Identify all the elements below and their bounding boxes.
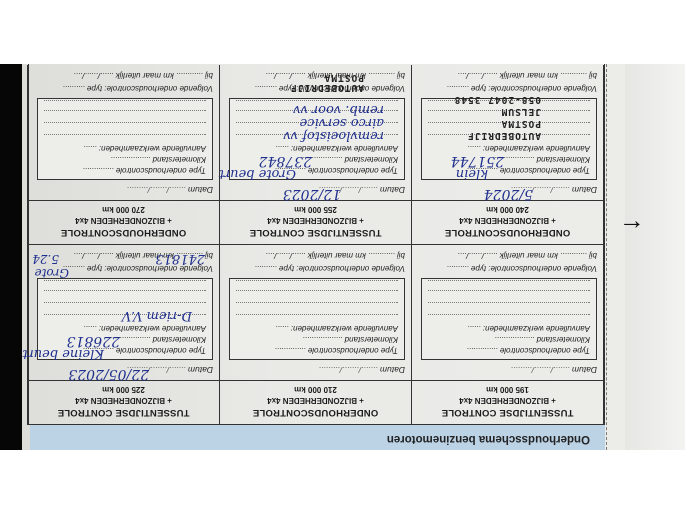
cell-header: ONDERHOUDSCONTROLE+ BIJZONDERHEDEN 4x427… (27, 200, 220, 245)
service-box: Type onderhoudscontrole ..............Ki… (229, 278, 405, 360)
cell-header-title: TUSSENTIJDSE CONTROLE (220, 227, 411, 238)
dotted-line (428, 314, 590, 315)
dotted-line (44, 122, 206, 123)
next-service-km-label: bij ............ km maar uiterlijk .....… (265, 71, 405, 80)
kilometerstand-label: Kilometerstand .................. (494, 155, 590, 164)
cell-header-title: TUSSENTIJDSE CONTROLE (28, 407, 219, 418)
aanvullende-value: remvloeistof vv (283, 128, 384, 143)
dotted-line (44, 290, 206, 291)
kilometerstand-label: Kilometerstand .................. (494, 335, 590, 344)
kilometerstand-value: 237842 (259, 153, 312, 169)
datum-label: Datum ......./......./......... (127, 185, 213, 195)
dotted-line (236, 290, 398, 291)
service-box: Type onderhoudscontrole ..............Ki… (37, 278, 213, 360)
datum-value: 22/05/2023 (68, 366, 149, 382)
dark-background-edge (0, 64, 22, 450)
datum-text: Datum (570, 185, 597, 195)
dealer-stamp-line: AUTOBEDRIJF (467, 130, 541, 141)
aanvullende-value: remb. voor vv (293, 102, 384, 117)
aanvullende-label: Aanvullende werkzaamheden: ...... (275, 324, 398, 333)
service-box: Type onderhoudscontrole ..............Ki… (421, 278, 597, 360)
rotated-photo: Onderhoudsschema benzinemotoren TUSSENTI… (0, 0, 685, 514)
dotted-line (44, 100, 206, 101)
kilometerstand-label: Kilometerstand .................. (110, 335, 206, 344)
aanvullende-value: D-riem V.V (122, 308, 192, 323)
dealer-stamp-line: POSTMA (501, 118, 541, 129)
kilometerstand-value: 226813 (67, 333, 120, 349)
next-service-label: Volgende onderhoudscontrole: type ......… (255, 264, 405, 273)
dotted-line (44, 110, 206, 111)
type-label: Type onderhoudscontrole .............. (275, 346, 398, 355)
dotted-line (44, 280, 206, 281)
cell-header: TUSSENTIJDSE CONTROLE+ BIJZONDERHEDEN 4x… (219, 200, 412, 245)
cell-header-subtitle: + BIJZONDERHEDEN 4x4 (412, 216, 603, 225)
cell-form: Datum ......./......./.........Type onde… (27, 65, 220, 200)
next-service-km-value: 241813 (155, 251, 205, 266)
dotted-line (428, 290, 590, 291)
aanvullende-label: Aanvullende werkzaamheden: ...... (275, 144, 398, 153)
cell-header-km: 240 000 km (412, 205, 603, 214)
datum-value: 5/2024 (484, 186, 533, 202)
aanvullende-label: Aanvullende werkzaamheden: ...... (83, 144, 206, 153)
arrow-left-icon: ← (619, 213, 645, 244)
cell-header: TUSSENTIJDSE CONTROLE+ BIJZONDERHEDEN 4x… (27, 380, 220, 425)
cell-header: ONDERHOUDSCONTROLE+ BIJZONDERHEDEN 4x424… (411, 200, 604, 245)
next-service-label: Volgende onderhoudscontrole: type ......… (63, 84, 213, 93)
dotted-line (236, 100, 398, 101)
datum-text: Datum (570, 365, 597, 375)
next-service-km-label: bij ............ km maar uiterlijk .....… (457, 71, 597, 80)
dealer-stamp-line: 058-2047 3548 (454, 94, 541, 105)
cell-header-subtitle: + BIJZONDERHEDEN 4x4 (28, 216, 219, 225)
cell-header-title: ONDERHOUDSCONTROLE (220, 407, 411, 418)
cell-form: Datum ......./......./.........Type onde… (219, 245, 412, 380)
schedule-title-bar: Onderhoudsschema benzinemotoren (30, 425, 605, 450)
datum-text: Datum (186, 365, 213, 375)
kilometerstand-label: Kilometerstand .................. (302, 155, 398, 164)
cell-header-km: 195 000 km (412, 385, 603, 394)
cell-header-subtitle: + BIJZONDERHEDEN 4x4 (220, 216, 411, 225)
dotted-line (44, 302, 206, 303)
cell-header-title: ONDERHOUDSCONTROLE (412, 227, 603, 238)
dealer-stamp-line: JELSUM (501, 106, 541, 117)
datum-text: Datum (378, 365, 405, 375)
next-service-label: Volgende onderhoudscontrole: type ......… (255, 84, 405, 93)
datum-text: Datum (378, 185, 405, 195)
cell-header-km: 270 000 km (28, 205, 219, 214)
datum-label: Datum ......./......./......... (319, 365, 405, 375)
cell-header-subtitle: + BIJZONDERHEDEN 4x4 (412, 396, 603, 405)
datum-blank: ......./......./......... (511, 365, 570, 375)
next-service-label: Volgende onderhoudscontrole: type ......… (447, 264, 597, 273)
next-service-km-label: bij ............ km maar uiterlijk .....… (73, 71, 213, 80)
next-service-km-label: bij ............ km maar uiterlijk .....… (457, 251, 597, 260)
kilometerstand-value: 251744 (451, 153, 504, 169)
dotted-line (236, 302, 398, 303)
type-label: Type onderhoudscontrole .............. (467, 346, 590, 355)
dotted-line (428, 302, 590, 303)
paper-fold (625, 64, 685, 450)
schedule-title: Onderhoudsschema benzinemotoren (387, 433, 590, 445)
type-label: Type onderhoudscontrole .............. (83, 166, 206, 175)
maintenance-grid: TUSSENTIJDSE CONTROLE+ BIJZONDERHEDEN 4x… (28, 64, 605, 425)
dotted-line (236, 280, 398, 281)
cell-header-title: ONDERHOUDSCONTROLE (28, 227, 219, 238)
aanvullende-label: Aanvullende werkzaamheden: ...... (83, 324, 206, 333)
aanvullende-value: airco service (300, 115, 384, 130)
next-service-km-label: bij ............ km maar uiterlijk .....… (265, 251, 405, 260)
service-box: Type onderhoudscontrole ..............Ki… (421, 98, 597, 180)
cell-form: Datum ......./......./.........12/2023Ty… (219, 65, 412, 200)
dotted-line (236, 314, 398, 315)
cell-header-subtitle: + BIJZONDERHEDEN 4x4 (220, 396, 411, 405)
next-service-date-value: 5.24 (32, 252, 59, 266)
kilometerstand-label: Kilometerstand .................. (302, 335, 398, 344)
perforation-line (606, 64, 607, 450)
datum-blank: ......./......./......... (127, 185, 186, 195)
datum-blank: ......./......./......... (319, 365, 378, 375)
kilometerstand-label: Kilometerstand .................. (110, 155, 206, 164)
cell-header-km: 225 000 km (28, 385, 219, 394)
dotted-line (428, 280, 590, 281)
service-box: Type onderhoudscontrole ..............Ki… (229, 98, 405, 180)
cell-form: Datum ......./......./.........22/05/202… (27, 245, 220, 380)
next-service-type-value: Grote (35, 266, 69, 280)
cell-form: Datum ......./......./.........Type onde… (411, 245, 604, 380)
datum-value: 12/2023 (283, 186, 341, 202)
cell-form: Datum ......./......./.........5/2024Typ… (411, 65, 604, 200)
next-service-label: Volgende onderhoudscontrole: type ......… (447, 84, 597, 93)
cell-header: ONDERHOUDSCONTROLE+ BIJZONDERHEDEN 4x421… (219, 380, 412, 425)
cell-header-title: TUSSENTIJDSE CONTROLE (412, 407, 603, 418)
cell-header-subtitle: + BIJZONDERHEDEN 4x4 (28, 396, 219, 405)
service-box: Type onderhoudscontrole ..............Ki… (37, 98, 213, 180)
cell-header-km: 210 000 km (220, 385, 411, 394)
cell-header-km: 255 000 km (220, 205, 411, 214)
aanvullende-label: Aanvullende werkzaamheden: ...... (467, 324, 590, 333)
aanvullende-label: Aanvullende werkzaamheden: ...... (467, 144, 590, 153)
datum-text: Datum (186, 185, 213, 195)
dotted-line (44, 134, 206, 135)
datum-label: Datum ......./......./......... (511, 365, 597, 375)
cell-header: TUSSENTIJDSE CONTROLE+ BIJZONDERHEDEN 4x… (411, 380, 604, 425)
